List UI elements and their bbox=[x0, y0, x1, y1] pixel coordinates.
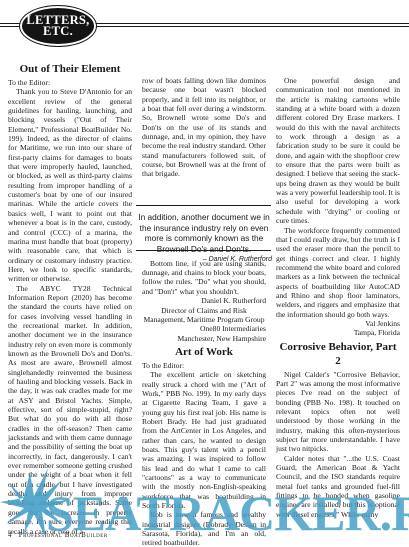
letter-1-signature-location: Manchester, New Hampshire bbox=[142, 334, 266, 343]
letter-3-paragraph-1: Nigel Calder's "Corrosive Behavior, Part… bbox=[276, 370, 400, 454]
pullquote-text: In addition, another document we in the … bbox=[138, 212, 269, 254]
letter-2-salutation: To the Editor: bbox=[142, 361, 266, 370]
letter-2-signature-name: Val Jenkins bbox=[276, 319, 400, 328]
letter-1-salutation: To the Editor: bbox=[8, 78, 132, 87]
letter-1-paragraph-1: Thank you to Steve D'Antonio for an exce… bbox=[8, 87, 132, 283]
letter-1-signature-title: Director of Claims and Risk Management, … bbox=[142, 306, 266, 325]
letter-1-paragraph-3: row of boats falling down like dominos b… bbox=[142, 76, 266, 179]
publication-name: Professional BoatBuilder bbox=[19, 531, 108, 539]
letter-2-title: Art of Work bbox=[142, 345, 266, 359]
page-footer: 4 Professional BoatBuilder bbox=[8, 531, 108, 539]
column-3: One powerful design and communication to… bbox=[276, 76, 400, 519]
pullquote-rule-top bbox=[136, 205, 271, 206]
pullquote-rule-bottom bbox=[136, 250, 271, 251]
letter-1-signature-name: Daniel K. Rutherford bbox=[142, 296, 266, 305]
page-number: 4 bbox=[8, 531, 12, 539]
column-1: Out of Their Element To the Editor: Than… bbox=[8, 60, 132, 536]
logo-line-2: ETC. bbox=[43, 26, 73, 37]
pullquote-attribution: – Daniel K. Rutherford bbox=[136, 255, 272, 266]
pullquote: In addition, another document we in the … bbox=[136, 212, 272, 266]
letter-2-paragraph-4: The workforce frequently commented that … bbox=[276, 226, 400, 319]
letter-1-title: Out of Their Element bbox=[8, 62, 132, 76]
letter-2-paragraph-3: One powerful design and communication to… bbox=[276, 76, 400, 226]
letter-3-title: Corrosive Behavior, Part 2 bbox=[276, 340, 400, 368]
letters-etc-logo: LETTERS, ETC. bbox=[20, 6, 96, 46]
column-2: row of boats falling down like dominos b… bbox=[142, 76, 266, 547]
letter-2-signature-location: Tampa, Florida bbox=[276, 328, 400, 337]
letter-1-signature-company: One80 Intermediaries bbox=[142, 324, 266, 333]
